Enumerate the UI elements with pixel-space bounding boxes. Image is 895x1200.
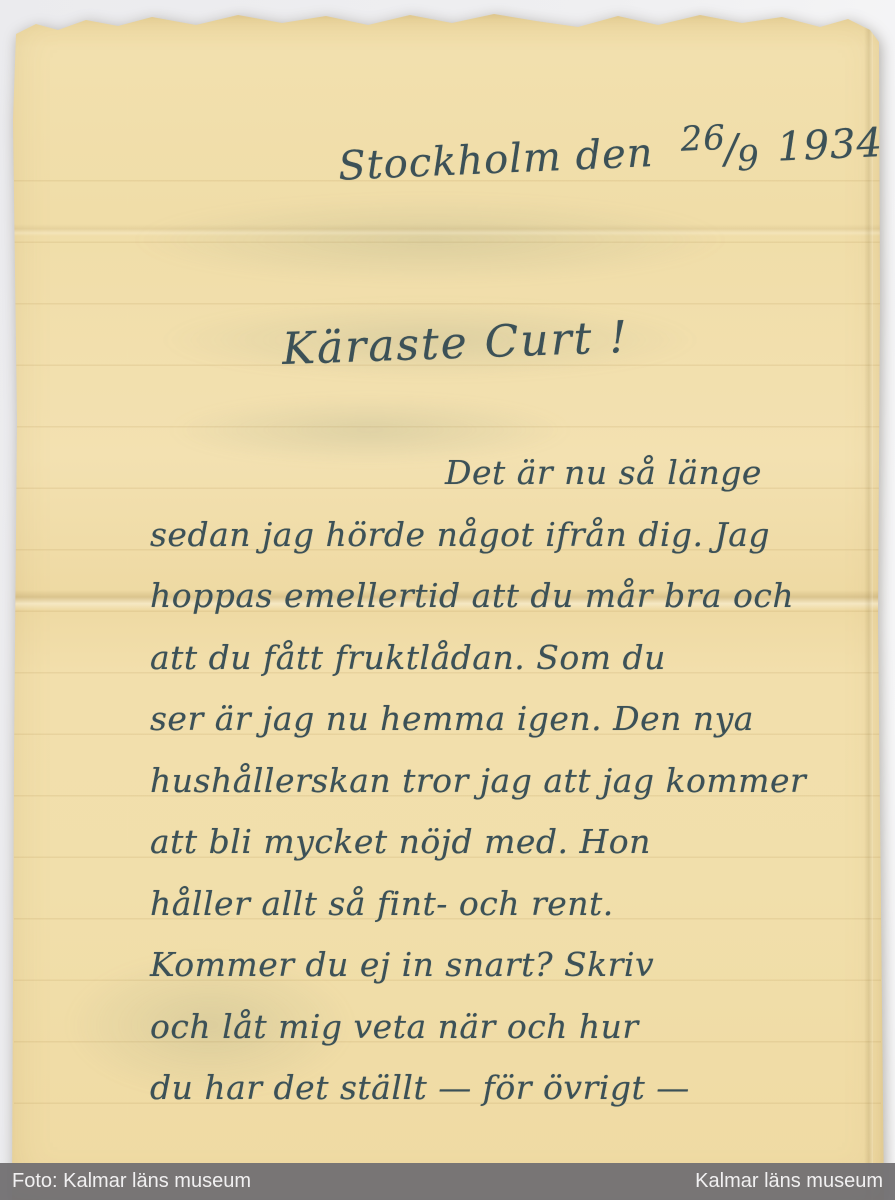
letter-salutation: Käraste Curt ! [281, 312, 630, 375]
dateline-place: Stockholm den [337, 130, 654, 190]
letter-paper: Stockholm den 26/9 1934 Käraste Curt ! D… [0, 0, 895, 1200]
paper-fold-crease [14, 224, 881, 236]
letter-line: att du fått fruktlådan. Som du [150, 627, 872, 689]
letter-line: och låt mig veta när och hur [150, 996, 872, 1058]
letter-line: hushållerskan tror jag att jag kommer [150, 750, 872, 812]
letter-line: sedan jag hörde något ifrån dig. Jag [150, 504, 872, 566]
ink-showthrough [120, 195, 740, 285]
dateline-date-fraction: 26/9 [680, 125, 760, 174]
photo-background: Stockholm den 26/9 1934 Käraste Curt ! D… [0, 0, 895, 1200]
letter-body: Det är nu så länge sedan jag hörde något… [150, 442, 872, 1119]
photo-credit-right: Kalmar läns museum [695, 1170, 883, 1193]
letter-line: håller allt så fint- och rent. [150, 873, 872, 935]
letter-line: att bli mycket nöjd med. Hon [150, 811, 872, 873]
letter-line: Kommer du ej in snart? Skriv [150, 934, 872, 996]
photo-credit-bar: Foto: Kalmar läns museum Kalmar läns mus… [0, 1163, 895, 1200]
dateline-year: 1934 [776, 120, 884, 171]
letter-line: ser är jag nu hemma igen. Den nya [150, 688, 872, 750]
letter-line: du har det ställt — för övrigt — [150, 1057, 872, 1119]
letter-line: hoppas emellertid att du mår bra och [150, 565, 872, 627]
letter-paper-shadow: Stockholm den 26/9 1934 Käraste Curt ! D… [0, 0, 895, 1200]
letter-dateline: Stockholm den 26/9 1934 [337, 120, 878, 190]
photo-credit-left: Foto: Kalmar läns museum [12, 1170, 251, 1193]
letter-line: Det är nu så länge [150, 442, 872, 504]
